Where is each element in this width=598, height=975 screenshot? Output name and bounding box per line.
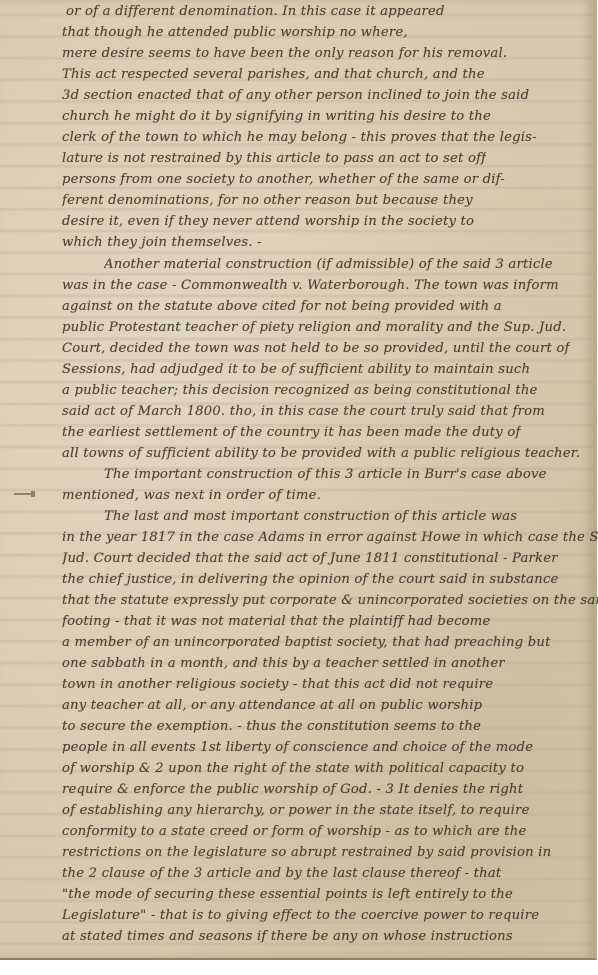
text-line: was in the case - Commonwealth v. Waterb… bbox=[62, 278, 559, 293]
text-line: "the mode of securing these essential po… bbox=[62, 887, 513, 902]
text-line: of worship & 2 upon the right of the sta… bbox=[62, 761, 524, 776]
text-line: people in all events 1st liberty of cons… bbox=[62, 740, 533, 755]
text-line: which they join themselves. - bbox=[62, 235, 262, 250]
text-line: Court, decided the town was not held to … bbox=[62, 341, 570, 356]
text-line: Sessions, had adjudged it to be of suffi… bbox=[62, 362, 530, 377]
text-line: Legislature" - that is to giving effect … bbox=[62, 908, 539, 923]
text-line: any teacher at all, or any attendance at… bbox=[62, 698, 482, 713]
text-line: ferent denominations, for no other reaso… bbox=[62, 193, 473, 208]
text-line: mentioned, was next in order of time. bbox=[62, 488, 321, 503]
text-line: persons from one society to another, whe… bbox=[62, 172, 505, 187]
text-line: Another material construction (if admiss… bbox=[104, 257, 553, 272]
text-line: said act of March 1800. tho, in this cas… bbox=[62, 404, 545, 419]
text-line: clerk of the town to which he may belong… bbox=[62, 130, 537, 145]
text-line: The important construction of this 3 art… bbox=[104, 467, 547, 482]
scan-bottom-margin bbox=[0, 960, 598, 975]
text-line: The last and most important construction… bbox=[104, 509, 517, 524]
text-line: restrictions on the legislature so abrup… bbox=[62, 845, 551, 860]
text-line: footing - that it was not material that … bbox=[62, 614, 491, 629]
text-line: This act respected several parishes, and… bbox=[62, 67, 485, 82]
text-line: the 2 clause of the 3 article and by the… bbox=[62, 866, 501, 881]
text-line: desire it, even if they never attend wor… bbox=[62, 214, 474, 229]
text-line: at stated times and seasons if there be … bbox=[62, 929, 513, 944]
text-line: public Protestant teacher of piety relig… bbox=[62, 320, 566, 335]
text-line: the chief justice, in delivering the opi… bbox=[62, 572, 559, 587]
text-line: a public teacher; this decision recogniz… bbox=[62, 383, 538, 398]
text-line: all towns of sufficient ability to be pr… bbox=[62, 446, 580, 461]
text-line: a member of an unincorporated baptist so… bbox=[62, 635, 551, 650]
text-line: one sabbath in a month, and this by a te… bbox=[62, 656, 505, 671]
text-line: require & enforce the public worship of … bbox=[62, 782, 523, 797]
text-line: Jud. Court decided that the said act of … bbox=[62, 551, 558, 566]
text-line: town in another religious society - that… bbox=[62, 677, 493, 692]
text-line: of establishing any hierarchy, or power … bbox=[62, 803, 530, 818]
text-line: or of a different denomination. In this … bbox=[66, 4, 445, 19]
text-line: to secure the exemption. - thus the cons… bbox=[62, 719, 481, 734]
text-line: the earliest settlement of the country i… bbox=[62, 425, 521, 440]
text-line: in the year 1817 in the case Adams in er… bbox=[62, 530, 598, 545]
text-line: mere desire seems to have been the only … bbox=[62, 46, 507, 61]
text-line: that though he attended public worship n… bbox=[62, 25, 408, 40]
text-line: conformity to a state creed or form of w… bbox=[62, 824, 527, 839]
text-line: that the statute expressly put corporate… bbox=[62, 593, 598, 608]
text-line: against on the statute above cited for n… bbox=[62, 299, 502, 314]
handwritten-text-block: or of a different denomination. In this … bbox=[0, 0, 594, 958]
text-line: 3d section enacted that of any other per… bbox=[62, 88, 529, 103]
text-line: church he might do it by signifying in w… bbox=[62, 109, 491, 124]
text-line: lature is not restrained by this article… bbox=[62, 151, 486, 166]
